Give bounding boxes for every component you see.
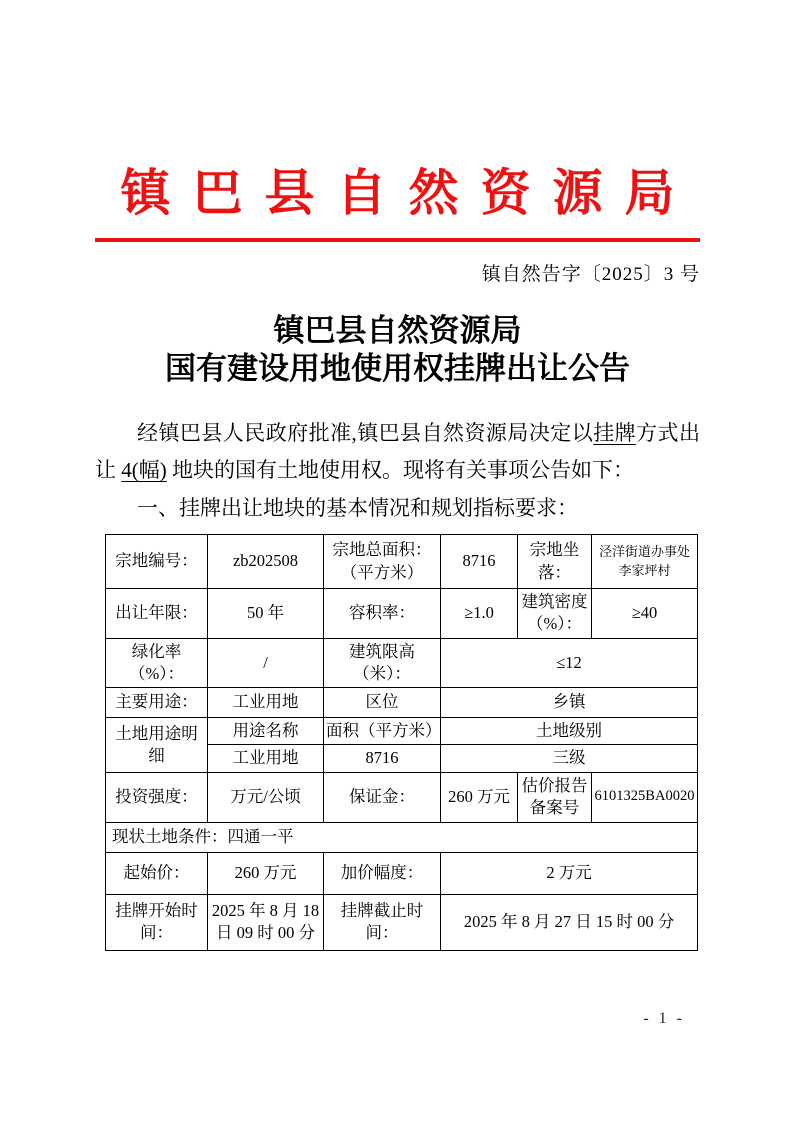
value-investment-intensity: 万元/公顷: [208, 772, 324, 822]
table-row: 绿化率（%）：/建筑限高（米）：≤12: [106, 638, 698, 688]
value-deposit: 260 万元: [441, 772, 518, 822]
value-listing-end: 2025 年 8 月 27 日 15 时 00 分: [441, 894, 698, 950]
value-land-grade: 三级: [441, 745, 698, 772]
table-row: 投资强度：万元/公顷保证金：260 万元估价报告 备案号6101325BA002…: [106, 772, 698, 822]
table-row: 宗地编号：zb202508宗地总面积： （平方米）8716宗地坐 落：泾洋街道办…: [106, 535, 698, 589]
value-current-land-condition: 现状土地条件：四通一平: [106, 822, 698, 852]
land-table-body: 宗地编号：zb202508宗地总面积： （平方米）8716宗地坐 落：泾洋街道办…: [106, 535, 698, 951]
value-increment: 2 万元: [441, 852, 698, 894]
value-district: 乡镇: [441, 688, 698, 718]
value-parcel-id: zb202508: [208, 535, 324, 589]
header-use-area: 面积（平方米）: [324, 718, 441, 745]
announcement-title-line2: 国有建设用地使用权挂牌出让公告: [95, 350, 700, 388]
header-use-name: 用途名称: [208, 718, 324, 745]
value-total-area: 8716: [441, 535, 518, 589]
value-building-density: ≥40: [592, 589, 698, 639]
section-heading-1: 一、挂牌出让地块的基本情况和规划指标要求：: [95, 490, 700, 528]
label-parcel-id: 宗地编号：: [106, 535, 208, 589]
label-listing-end: 挂牌截止时间：: [324, 894, 441, 950]
underlined-listing-method: 挂牌: [593, 421, 636, 445]
body-copy: 经镇巴县人民政府批准,镇巴县自然资源局决定以挂牌方式出让 4(幅) 地块的国有土…: [95, 415, 700, 528]
table-row: 现状土地条件：四通一平: [106, 822, 698, 852]
document-number: 镇自然告字〔2025〕3 号: [95, 259, 700, 286]
value-location: 泾洋街道办事处李家坪村: [592, 535, 698, 589]
body-paragraph: 经镇巴县人民政府批准,镇巴县自然资源局决定以挂牌方式出让 4(幅) 地块的国有土…: [95, 415, 700, 490]
label-starting-price: 起始价：: [106, 852, 208, 894]
value-tenure: 50 年: [208, 589, 324, 639]
paragraph-segment-3: 地块的国有土地使用权。现将有关事项公告如下：: [167, 458, 634, 482]
label-plot-ratio: 容积率：: [324, 589, 441, 639]
value-starting-price: 260 万元: [208, 852, 324, 894]
header-land-grade: 土地级别: [441, 718, 698, 745]
announcement-title: 镇巴县自然资源局 国有建设用地使用权挂牌出让公告: [95, 312, 700, 388]
document-content: 镇巴县自然资源局 镇自然告字〔2025〕3 号 镇巴县自然资源局 国有建设用地使…: [95, 0, 700, 951]
announcement-title-line1: 镇巴县自然资源局: [95, 312, 700, 350]
table-row: 挂牌开始时 间：2025 年 8 月 18 日 09 时 00 分挂牌截止时间：…: [106, 894, 698, 950]
label-appraisal-no: 估价报告 备案号: [518, 772, 592, 822]
value-height-limit: ≤12: [441, 638, 698, 688]
label-main-use: 主要用途：: [106, 688, 208, 718]
document-page: 镇巴县自然资源局 镇自然告字〔2025〕3 号 镇巴县自然资源局 国有建设用地使…: [0, 0, 793, 1122]
value-listing-start: 2025 年 8 月 18 日 09 时 00 分: [208, 894, 324, 950]
value-use-name: 工业用地: [208, 745, 324, 772]
label-total-area: 宗地总面积： （平方米）: [324, 535, 441, 589]
label-increment: 加价幅度：: [324, 852, 441, 894]
value-greening-rate: /: [208, 638, 324, 688]
label-building-density: 建筑密度 （%）：: [518, 589, 592, 639]
value-main-use: 工业用地: [208, 688, 324, 718]
land-table: 宗地编号：zb202508宗地总面积： （平方米）8716宗地坐 落：泾洋街道办…: [105, 534, 698, 951]
label-deposit: 保证金：: [324, 772, 441, 822]
label-height-limit: 建筑限高（米）：: [324, 638, 441, 688]
label-district: 区位: [324, 688, 441, 718]
agency-letterhead: 镇巴县自然资源局: [95, 165, 700, 223]
paragraph-segment-1: 经镇巴县人民政府批准,镇巴县自然资源局决定以: [137, 421, 593, 445]
value-appraisal-no: 6101325BA0020: [592, 772, 698, 822]
label-greening-rate: 绿化率（%）：: [106, 638, 208, 688]
value-plot-ratio: ≥1.0: [441, 589, 518, 639]
label-listing-start: 挂牌开始时 间：: [106, 894, 208, 950]
table-row: 土地用途明细用途名称面积（平方米）土地级别: [106, 718, 698, 745]
label-location: 宗地坐 落：: [518, 535, 592, 589]
letterhead-rule: [95, 238, 700, 242]
label-tenure: 出让年限：: [106, 589, 208, 639]
table-row: 出让年限：50 年容积率：≥1.0建筑密度 （%）：≥40: [106, 589, 698, 639]
table-row: 主要用途：工业用地区位乡镇: [106, 688, 698, 718]
value-use-area: 8716: [324, 745, 441, 772]
label-investment-intensity: 投资强度：: [106, 772, 208, 822]
label-land-use-detail: 土地用途明细: [106, 718, 208, 773]
page-number: - 1 -: [643, 1010, 685, 1028]
table-row: 起始价：260 万元加价幅度：2 万元: [106, 852, 698, 894]
underlined-parcel-count: 4(幅): [121, 458, 167, 482]
